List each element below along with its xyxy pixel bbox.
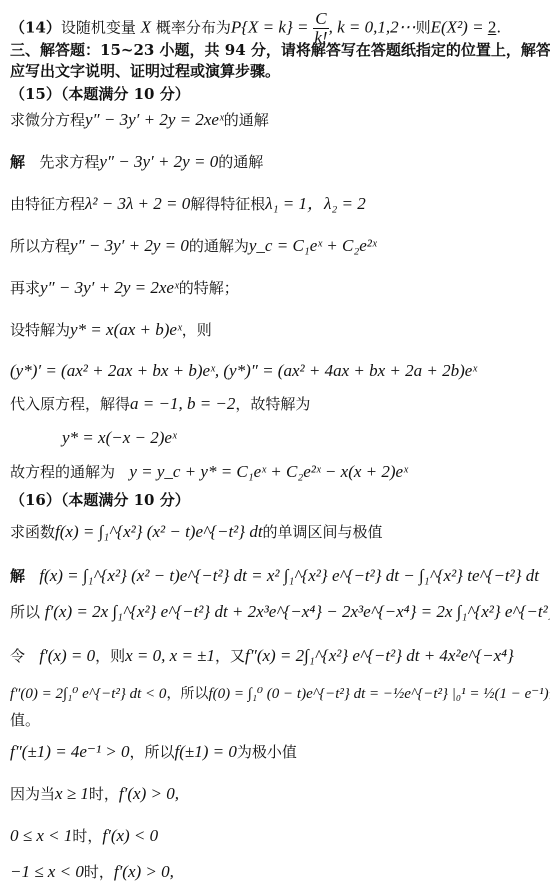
q16-step4: f″(0) = 2∫₁⁰ e^{−t²} dt < 0，所以f(0) = ∫₁⁰… <box>10 684 550 704</box>
math: f(0) = ∫₁⁰ (0 − t)e^{−t²} dt = −½e^{−t²}… <box>208 686 548 702</box>
math: y = y_c + y* = C₁eˣ + C₂e²ˣ − x(x + 2)eˣ <box>129 462 408 481</box>
text: ，则 <box>182 321 212 339</box>
math: f′(x) = 0 <box>39 646 95 665</box>
text: 解得特征根 <box>190 195 265 213</box>
section-heading-cont: 应写出文字说明、证明过程或演算步骤。 <box>10 61 280 81</box>
math: f″(0) = 2∫₁⁰ e^{−t²} dt < 0 <box>10 686 166 702</box>
q15-step8: y* = x(−x − 2)eˣ <box>62 428 177 448</box>
text: 求微分方程 <box>10 111 85 129</box>
math: f(±1) = 0 <box>175 742 237 761</box>
math: −1 ≤ x < 0 <box>10 862 84 881</box>
solution-label: 解 <box>10 153 25 171</box>
text: 令 <box>10 647 25 665</box>
q15-step7: 代入原方程，解得a = −1, b = −2，故特解为 <box>10 394 310 414</box>
question-16-header: （16）（本题满分 10 分） <box>10 490 190 510</box>
math: λ² − 3λ + 2 = 0 <box>85 194 190 213</box>
math: f′(x) < 0 <box>102 826 158 845</box>
text: 所以方程 <box>10 237 70 255</box>
math: y″ − 3y′ + 2y = 2xeˣ <box>85 110 224 129</box>
text: 先求方程 <box>39 153 99 171</box>
q16-step4-cont: 值。 <box>10 710 40 730</box>
math: x = 0, x = ±1 <box>125 646 215 665</box>
text: 代入原方程，解得 <box>10 395 130 413</box>
q15-step1: 解 先求方程y″ − 3y′ + 2y = 0的通解 <box>10 152 263 172</box>
math: f′(x) > 0, <box>119 784 179 803</box>
question-number: （14） <box>10 19 61 37</box>
text: . <box>496 19 501 37</box>
math: f″(x) = 2∫₁^{x²} e^{−t²} dt + 4x²e^{−x⁴} <box>245 646 514 665</box>
text: 因为当 <box>10 785 55 803</box>
text: ，故特解为 <box>235 395 310 413</box>
text: 则 <box>416 19 431 37</box>
question-15-header: （15）（本题满分 10 分） <box>10 84 190 104</box>
math: y″ − 3y′ + 2y = 0 <box>99 152 218 171</box>
math: x ≥ 1 <box>55 784 89 803</box>
text: 时， <box>84 863 114 881</box>
math: f″(±1) = 4e⁻¹ > 0 <box>10 742 130 761</box>
text: 时， <box>89 785 119 803</box>
q16-step1: 解 f(x) = ∫₁^{x²} (x² − t)e^{−t²} dt = x²… <box>10 566 539 586</box>
q15-step3: 所以方程y″ − 3y′ + 2y = 0的通解为y_c = C₁eˣ + C₂… <box>10 236 377 256</box>
text: 的单调区间与极值 <box>263 523 383 541</box>
section-heading: 三、解答题：15~23 小题，共 94 分，请将解答写在答题纸指定的位置上，解答 <box>10 40 550 60</box>
math: E(X²) = <box>431 18 488 37</box>
text: 概率分布为 <box>156 19 231 37</box>
math: (y*)′ = (ax² + 2ax + bx + b)eˣ, (y*)″ = … <box>10 361 477 380</box>
q16-step3: 令 f′(x) = 0，则x = 0, x = ±1，又f″(x) = 2∫₁^… <box>10 646 514 666</box>
math: y″ − 3y′ + 2y = 0 <box>70 236 189 255</box>
math: X <box>141 18 151 37</box>
text: 由特征方程 <box>10 195 85 213</box>
math: P{X = k} = <box>231 18 309 37</box>
q16-step6: 因为当x ≥ 1时，f′(x) > 0, <box>10 784 179 804</box>
text: ，所以 <box>130 743 175 761</box>
text: 故方程的通解为 <box>10 463 115 481</box>
text: 时， <box>72 827 102 845</box>
math: y* = x(−x − 2)eˣ <box>62 428 177 447</box>
text: 的通解为 <box>189 237 249 255</box>
text: ，则 <box>95 647 125 665</box>
math: , k = 0,1,2⋯ <box>329 18 416 37</box>
text: ，又 <box>215 647 245 665</box>
text: 的通解 <box>224 111 269 129</box>
math: a = −1, b = −2 <box>130 394 235 413</box>
math: y_c = C₁eˣ + C₂e²ˣ <box>249 236 377 255</box>
math: 0 ≤ x < 1 <box>10 826 72 845</box>
text: 的特解； <box>179 279 239 297</box>
math: f(x) = ∫₁^{x²} (x² − t)e^{−t²} dt <box>55 522 263 541</box>
q16-problem: 求函数f(x) = ∫₁^{x²} (x² − t)e^{−t²} dt的单调区… <box>10 522 383 542</box>
text: 设随机变量 <box>61 19 136 37</box>
math: f′(x) > 0, <box>114 862 174 881</box>
q15-step6: (y*)′ = (ax² + 2ax + bx + b)eˣ, (y*)″ = … <box>10 361 477 381</box>
q15-step5: 设特解为y* = x(ax + b)eˣ，则 <box>10 320 212 340</box>
text: ，所以 <box>166 686 208 702</box>
text: 求函数 <box>10 523 55 541</box>
q15-step4: 再求y″ − 3y′ + 2y = 2xeˣ的特解； <box>10 278 239 298</box>
math: f′(x) = 2x ∫₁^{x²} e^{−t²} dt + 2x³e^{−x… <box>45 602 550 621</box>
text: 的通解 <box>218 153 263 171</box>
text: 所以 <box>10 603 40 621</box>
math: λ₁ = 1，λ₂ = 2 <box>265 194 366 213</box>
q16-step7: 0 ≤ x < 1时，f′(x) < 0 <box>10 826 158 846</box>
q15-problem: 求微分方程y″ − 3y′ + 2y = 2xeˣ的通解 <box>10 110 269 130</box>
text: 设特解为 <box>10 321 70 339</box>
solution-label: 解 <box>10 567 25 585</box>
q16-step8: −1 ≤ x < 0时，f′(x) > 0, <box>10 862 174 882</box>
q15-step9: 故方程的通解为 y = y_c + y* = C₁eˣ + C₂e²ˣ − x(… <box>10 462 408 482</box>
text: 再求 <box>10 279 40 297</box>
text: 为极小值 <box>237 743 297 761</box>
math: f(x) = ∫₁^{x²} (x² − t)e^{−t²} dt = x² ∫… <box>39 566 539 585</box>
q15-step2: 由特征方程λ² − 3λ + 2 = 0解得特征根λ₁ = 1，λ₂ = 2 <box>10 194 366 214</box>
math: y* = x(ax + b)eˣ <box>70 320 182 339</box>
q16-step2: 所以 f′(x) = 2x ∫₁^{x²} e^{−t²} dt + 2x³e^… <box>10 602 550 622</box>
math: y″ − 3y′ + 2y = 2xeˣ <box>40 278 179 297</box>
q16-step5: f″(±1) = 4e⁻¹ > 0，所以f(±1) = 0为极小值 <box>10 742 297 762</box>
